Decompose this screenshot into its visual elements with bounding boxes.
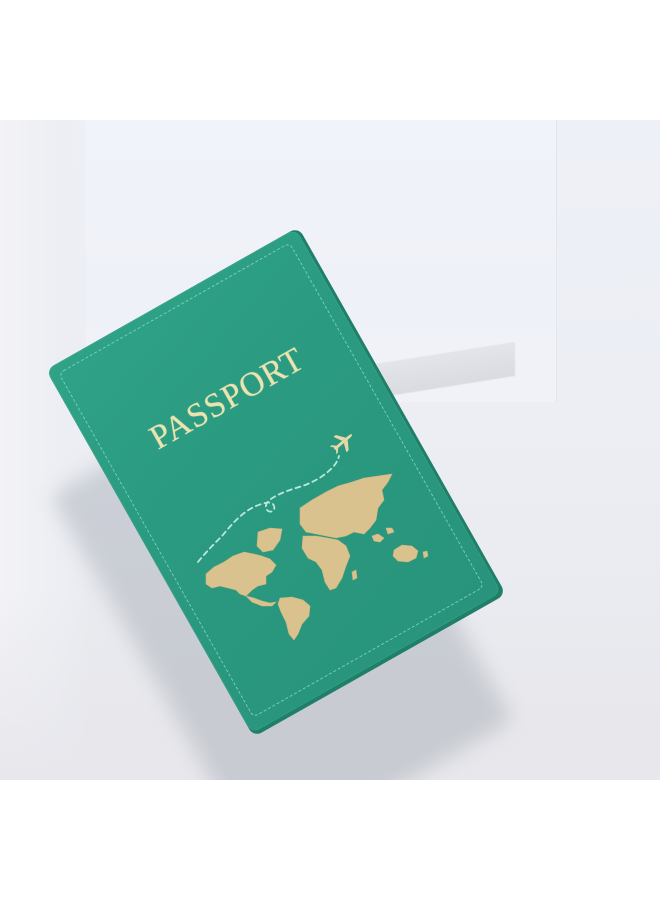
- product-photo: PASSPORT: [0, 120, 660, 780]
- airplane-icon: [0, 120, 660, 780]
